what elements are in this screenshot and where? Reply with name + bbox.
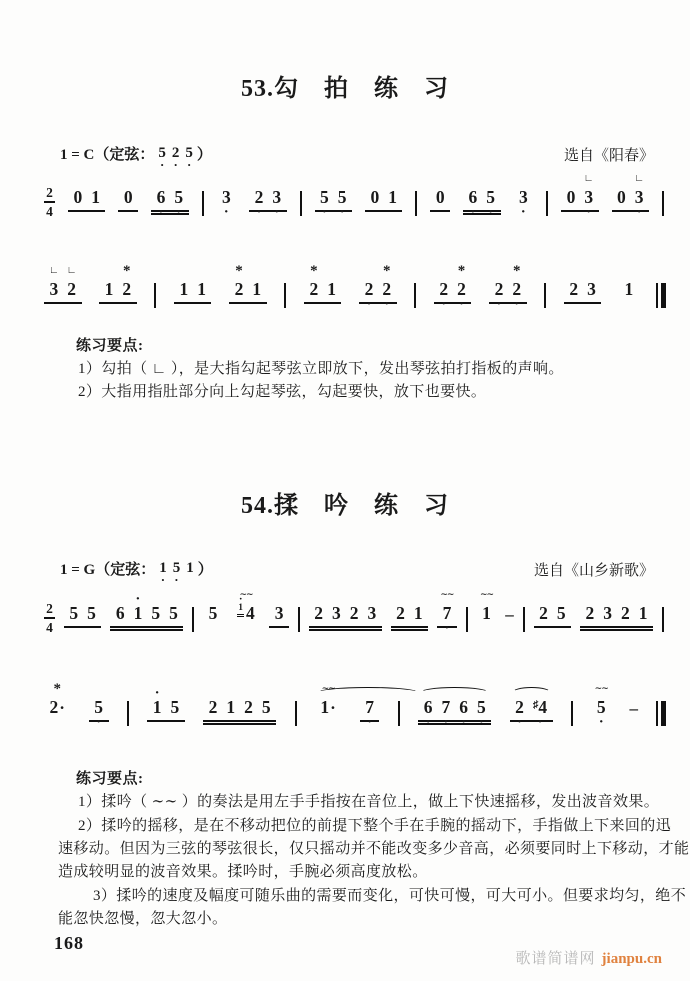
lower-octave-dot: · bbox=[517, 719, 522, 725]
note: 1 bbox=[87, 188, 105, 207]
note: 2 bbox=[392, 604, 410, 623]
note-digit: 2 bbox=[569, 279, 578, 299]
note: 2 bbox=[617, 604, 635, 623]
exercise53-title: 53.勾 拍 练 习 bbox=[0, 68, 690, 103]
note-group: 1·5·1 bbox=[155, 560, 198, 580]
note-group: 3· bbox=[513, 188, 533, 210]
note: 1· bbox=[156, 560, 170, 577]
note: 2 bbox=[310, 604, 328, 623]
note-group: 5·5· bbox=[315, 188, 353, 212]
wave-mark: ∼∼ bbox=[480, 590, 493, 599]
note: ♯4· bbox=[528, 698, 551, 717]
barline bbox=[523, 607, 525, 632]
note-group: 12* bbox=[99, 280, 137, 304]
note-digit: 1 bbox=[179, 279, 188, 299]
note: 5· bbox=[482, 188, 500, 207]
note: 2 bbox=[345, 604, 363, 623]
exercise54-tuning-notes: 1·5·1 bbox=[155, 560, 198, 580]
note-digit: 5 bbox=[209, 603, 218, 623]
note-digit: 2 bbox=[309, 279, 318, 299]
note: 5· bbox=[182, 145, 196, 162]
note: 5 bbox=[83, 604, 101, 623]
note-group: 11 bbox=[174, 280, 212, 304]
note: 1 bbox=[248, 280, 266, 299]
note: 3· bbox=[268, 188, 286, 207]
lower-octave-dot: · bbox=[322, 209, 327, 215]
note: 2 bbox=[204, 698, 222, 717]
note-group: 3∟2∟ bbox=[44, 280, 82, 304]
exercise54-point-line5: 3）揉吟的速度及幅度可随乐曲的需要而变化，可快可慢，可大可小。但要求均匀，绝不 bbox=[93, 884, 686, 905]
note-group: 5· bbox=[89, 698, 109, 722]
note-digit: 2 bbox=[539, 603, 548, 623]
note-group: 0 bbox=[118, 188, 138, 212]
note: 5 bbox=[147, 604, 165, 623]
note: 6· bbox=[455, 698, 473, 717]
note-group: 0 bbox=[430, 188, 450, 212]
time-signature-numerator: 2 bbox=[46, 186, 53, 200]
note-group: 03·∟ bbox=[561, 188, 599, 212]
duration-dash: – bbox=[505, 605, 514, 625]
note-digit: 1 bbox=[320, 697, 329, 717]
augmentation-dot: · bbox=[330, 698, 336, 717]
note-digit: 4 bbox=[246, 603, 255, 623]
exercise53-key-suffix: ） bbox=[197, 143, 212, 164]
final-barline-thin bbox=[656, 283, 658, 308]
exercise54-source: 选自《山乡新歌》 bbox=[534, 559, 654, 580]
lower-octave-dot: · bbox=[367, 719, 372, 725]
star-mark: * bbox=[53, 682, 61, 697]
lower-octave-dot: · bbox=[161, 577, 165, 583]
note: 2 bbox=[535, 604, 553, 623]
note-group: 01 bbox=[68, 188, 106, 212]
note: 2· bbox=[169, 145, 183, 162]
time-signature-denominator: 4 bbox=[46, 205, 53, 219]
note: 2· bbox=[435, 280, 453, 299]
note: 5 bbox=[204, 604, 222, 623]
lower-octave-dot: · bbox=[479, 719, 484, 725]
barline bbox=[662, 607, 664, 632]
exercise54-point-line2: 2）揉吟的摇移，是在不移动把位的前提下整个手在手腕的摇动下，手指做上下来回的迅 bbox=[78, 814, 671, 835]
note-digit: 5 bbox=[169, 603, 178, 623]
note: 3· bbox=[514, 188, 532, 207]
note: 2· bbox=[511, 698, 529, 717]
note: 2· bbox=[360, 280, 378, 299]
note-digit: 1 bbox=[226, 697, 235, 717]
wave-mark: ∼∼ bbox=[322, 684, 335, 693]
exercise54-point-line4: 造成较明显的波音效果。揉吟时，手腕必须高度放松。 bbox=[58, 860, 428, 881]
note-group: 7·∼∼ bbox=[437, 604, 457, 628]
lower-octave-dot: · bbox=[637, 209, 642, 215]
note-group: 2*1 bbox=[304, 280, 342, 304]
time-signature-line bbox=[44, 201, 55, 203]
barline bbox=[466, 607, 468, 632]
note-group: 2·♯4· bbox=[510, 698, 553, 722]
exercise53-source: 选自《阳春》 bbox=[564, 144, 654, 165]
note-group: 1·4∼∼ bbox=[232, 604, 261, 626]
note: 1 bbox=[183, 560, 197, 577]
duration-dash: – bbox=[629, 699, 638, 719]
note: 6· bbox=[419, 698, 437, 717]
lower-octave-dot: · bbox=[514, 301, 519, 307]
note: 7· bbox=[361, 698, 379, 717]
lower-octave-dot: · bbox=[443, 719, 448, 725]
note: 1 bbox=[323, 280, 341, 299]
note-digit: 2 bbox=[235, 279, 244, 299]
star-mark: * bbox=[458, 264, 466, 279]
lower-octave-dot: · bbox=[441, 301, 446, 307]
note: 3· bbox=[217, 188, 235, 207]
note-digit: 3 bbox=[50, 279, 59, 299]
note: 5· bbox=[472, 698, 490, 717]
exercise54-music-line2: 2·*5·1·521251·∼∼7·6·7·6·5·2·♯4·5·∼∼– bbox=[44, 682, 666, 744]
note-group: 1 bbox=[619, 280, 639, 302]
note-group: 6·5· bbox=[463, 188, 501, 215]
note-group: 2321 bbox=[580, 604, 653, 631]
note-digit: 1 bbox=[327, 279, 336, 299]
note-group: 3· bbox=[216, 188, 236, 210]
barline bbox=[398, 701, 400, 726]
hook-mark: ∟ bbox=[584, 174, 594, 184]
grace-note: 1· bbox=[237, 603, 244, 617]
star-mark: * bbox=[235, 264, 243, 279]
note-group: 2323 bbox=[309, 604, 382, 631]
note: 6· bbox=[464, 188, 482, 207]
lower-octave-dot: · bbox=[488, 209, 493, 215]
note: 2·* bbox=[508, 280, 526, 299]
note-group: 2·2·* bbox=[359, 280, 397, 304]
time-signature: 24 bbox=[44, 186, 55, 218]
note: 0 bbox=[613, 188, 631, 207]
exercise54-keyline: 1 = G（定弦： 1·5·1 ） bbox=[60, 558, 213, 579]
note: 5·∼∼ bbox=[592, 698, 610, 717]
note-group: 1·∼∼ bbox=[315, 698, 341, 721]
note: 5· bbox=[90, 698, 108, 717]
note-digit: 1 bbox=[186, 560, 194, 576]
lower-octave-dot: · bbox=[176, 209, 181, 215]
note-group: 01 bbox=[365, 188, 403, 212]
wave-mark: ∼∼ bbox=[440, 590, 453, 599]
exercise54-points-heading: 练习要点: bbox=[76, 767, 144, 788]
exercise54-point-line3: 速移动。但因为三弦的琴弦很长，仅只摇动并不能改变多少音高，必须要同时上下移动，才… bbox=[58, 837, 689, 858]
hook-mark: ∟ bbox=[49, 266, 59, 276]
note-group: 5·∼∼ bbox=[591, 698, 611, 720]
note: 1 bbox=[193, 280, 211, 299]
lower-octave-dot: · bbox=[537, 719, 542, 725]
note: 0 bbox=[69, 188, 87, 207]
lower-octave-dot: · bbox=[521, 209, 526, 215]
exercise53-point-2: 2）大指用指肚部分向上勾起琴弦，勾起要快，放下也要快。 bbox=[78, 380, 486, 401]
note-group: 6·5· bbox=[151, 188, 189, 215]
lower-octave-dot: · bbox=[496, 301, 501, 307]
note: 1 bbox=[384, 188, 402, 207]
exercise53-key-prefix: 1 = C（定弦： bbox=[60, 143, 154, 164]
note: 3·∟ bbox=[630, 188, 648, 207]
note-digit: 5 bbox=[171, 697, 180, 717]
note-digit: 6 bbox=[116, 603, 125, 623]
note: 1 bbox=[222, 698, 240, 717]
note-group: 23 bbox=[564, 280, 602, 304]
note-group: 5 bbox=[203, 604, 223, 626]
exercise53-tuning-notes: 5·2·5· bbox=[154, 145, 197, 165]
time-signature: 24 bbox=[44, 602, 55, 634]
star-mark: * bbox=[383, 264, 391, 279]
note-group: 2*1 bbox=[229, 280, 267, 304]
note-digit: 1 bbox=[388, 187, 397, 207]
note: 2·* bbox=[453, 280, 471, 299]
note-digit: 0 bbox=[73, 187, 82, 207]
note-digit: 2 bbox=[67, 279, 76, 299]
note: 2· bbox=[490, 280, 508, 299]
lower-octave-dot: · bbox=[187, 162, 191, 168]
hook-mark: ∟ bbox=[634, 174, 644, 184]
note-group: 2·2·* bbox=[434, 280, 472, 304]
note: 3 bbox=[363, 604, 381, 623]
note-group: 55 bbox=[64, 604, 102, 628]
note-digit: 1 bbox=[197, 279, 206, 299]
barline bbox=[546, 191, 548, 216]
note-group: 21 bbox=[391, 604, 429, 631]
note: 3 bbox=[583, 280, 601, 299]
lower-octave-dot: · bbox=[158, 209, 163, 215]
lower-octave-dot: · bbox=[586, 209, 591, 215]
upper-octave-dot: · bbox=[135, 596, 140, 602]
note-digit: 3 bbox=[603, 603, 612, 623]
exercise53-point-1: 1）勾拍（ ∟ ），是大指勾起琴弦立即放下，发出琴弦拍打指板的声响。 bbox=[78, 357, 564, 378]
barline bbox=[154, 283, 156, 308]
note: 3 bbox=[599, 604, 617, 623]
note: 6 bbox=[111, 604, 129, 623]
lower-octave-dot: · bbox=[96, 719, 101, 725]
note-digit: 2 bbox=[396, 603, 405, 623]
note: 5 bbox=[552, 604, 570, 623]
final-barline bbox=[656, 701, 666, 726]
note-group: 2·* bbox=[44, 698, 70, 721]
note: 5· bbox=[170, 560, 184, 577]
note-digit: 3 bbox=[275, 603, 284, 623]
note: 5· bbox=[155, 145, 169, 162]
note: 5· bbox=[316, 188, 334, 207]
note: 1 bbox=[100, 280, 118, 299]
note-digit: 1 bbox=[414, 603, 423, 623]
note: 5 bbox=[165, 604, 183, 623]
note: 3 bbox=[328, 604, 346, 623]
barline bbox=[192, 607, 194, 632]
lower-octave-dot: · bbox=[366, 301, 371, 307]
barline bbox=[202, 191, 204, 216]
barline bbox=[544, 283, 546, 308]
note-digit: 3 bbox=[332, 603, 341, 623]
note: 2* bbox=[230, 280, 248, 299]
note: 3∟ bbox=[45, 280, 63, 299]
note-digit: 1 bbox=[91, 187, 100, 207]
upper-octave-dot: · bbox=[155, 690, 160, 696]
exercise54-point-line6: 能忽快忽慢，忽大忽小。 bbox=[58, 907, 227, 928]
note-digit: 1 bbox=[639, 603, 648, 623]
note: 6· bbox=[152, 188, 170, 207]
time-signature-line bbox=[44, 617, 55, 619]
augmentation-dot: · bbox=[59, 698, 65, 717]
lower-octave-dot: · bbox=[470, 209, 475, 215]
note-digit: 3 bbox=[368, 603, 377, 623]
note-digit: 2 bbox=[50, 697, 59, 717]
note: 0 bbox=[119, 188, 137, 207]
exercise53-music-line1: 240106·5·3·2·3·5·5·0106·5·3·03·∟03·∟ bbox=[44, 172, 664, 234]
lower-octave-dot: · bbox=[174, 577, 178, 583]
exercise53-music-line2: 3∟2∟12*112*12*12·2·*2·2·*2·2·*231 bbox=[44, 264, 666, 326]
note-digit: 2 bbox=[314, 603, 323, 623]
note-digit: 1 bbox=[105, 279, 114, 299]
exercise53-keyline: 1 = C（定弦： 5·2·5· ） bbox=[60, 143, 212, 164]
note-digit: 5 bbox=[262, 697, 271, 717]
note: 3·∟ bbox=[580, 188, 598, 207]
note: 2 bbox=[565, 280, 583, 299]
note: 7· bbox=[437, 698, 455, 717]
watermark-domain: jianpu.cn bbox=[602, 951, 662, 967]
star-mark: * bbox=[513, 264, 521, 279]
note-digit: 0 bbox=[370, 187, 379, 207]
note-group: 61·55 bbox=[110, 604, 183, 631]
note: 1 bbox=[175, 280, 193, 299]
barline bbox=[300, 191, 302, 216]
note-digit: 0 bbox=[567, 187, 576, 207]
wave-mark: ∼∼ bbox=[239, 590, 252, 599]
note-digit: 5 bbox=[69, 603, 78, 623]
final-barline-thick bbox=[661, 701, 666, 726]
note: 1 bbox=[620, 280, 638, 299]
note: 0 bbox=[562, 188, 580, 207]
watermark: 歌谱简谱网jianpu.cn bbox=[516, 947, 662, 968]
time-signature-denominator: 4 bbox=[46, 621, 53, 635]
lower-octave-dot: · bbox=[459, 301, 464, 307]
note-group: 2·2·* bbox=[489, 280, 527, 304]
lower-octave-dot: · bbox=[224, 209, 229, 215]
note: 5· bbox=[333, 188, 351, 207]
note-digit: 0 bbox=[436, 187, 445, 207]
note: 1 bbox=[409, 604, 427, 623]
exercise54-title: 54.揉 吟 练 习 bbox=[0, 485, 690, 520]
note: 5 bbox=[257, 698, 275, 717]
lower-octave-dot: · bbox=[274, 209, 279, 215]
lower-octave-dot: · bbox=[256, 209, 261, 215]
note: 2·* bbox=[378, 280, 396, 299]
lower-octave-dot: · bbox=[444, 625, 449, 631]
note-group: 5·2·5· bbox=[154, 145, 197, 165]
note-group: 2·3· bbox=[249, 188, 287, 212]
note: 3 bbox=[270, 604, 288, 623]
star-mark: * bbox=[310, 264, 318, 279]
note-digit: 5 bbox=[87, 603, 96, 623]
exercise54-music-line1: 245561·5551·4∼∼32323217·∼∼1∼∼–252321 bbox=[44, 588, 664, 650]
note: 1 bbox=[634, 604, 652, 623]
note-digit: 2 bbox=[586, 603, 595, 623]
barline bbox=[662, 191, 664, 216]
barline bbox=[127, 701, 129, 726]
note-digit: 0 bbox=[124, 187, 133, 207]
lower-octave-dot: · bbox=[173, 162, 177, 168]
note: 0 bbox=[366, 188, 384, 207]
note-digit: 0 bbox=[617, 187, 626, 207]
lower-octave-dot: · bbox=[384, 301, 389, 307]
note-digit: 2 bbox=[621, 603, 630, 623]
note-group: 2125 bbox=[203, 698, 276, 725]
note-digit: 2 bbox=[244, 697, 253, 717]
note-group: 1·5 bbox=[147, 698, 185, 722]
score-page: 53.勾 拍 练 习 1 = C（定弦： 5·2·5· ） 选自《阳春》 240… bbox=[0, 0, 690, 981]
watermark-site: 歌谱简谱网 bbox=[516, 951, 596, 967]
lower-octave-dot: · bbox=[340, 209, 345, 215]
note-group: 3 bbox=[269, 604, 289, 628]
lower-octave-dot: · bbox=[160, 162, 164, 168]
note-digit: 1 bbox=[252, 279, 261, 299]
lower-octave-dot: · bbox=[426, 719, 431, 725]
barline bbox=[295, 701, 297, 726]
note: 5· bbox=[170, 188, 188, 207]
note-group: 1∼∼ bbox=[477, 604, 497, 626]
lower-octave-dot: · bbox=[599, 719, 604, 725]
note-group: 6·7·6·5· bbox=[418, 698, 491, 725]
final-barline-thin bbox=[656, 701, 658, 726]
note: 5 bbox=[166, 698, 184, 717]
note-group: 03·∟ bbox=[612, 188, 650, 212]
exercise54-key-prefix: 1 = G（定弦： bbox=[60, 558, 155, 579]
exercise54-key-suffix: ） bbox=[198, 558, 213, 579]
star-mark: * bbox=[123, 264, 131, 279]
lower-octave-dot: · bbox=[461, 719, 466, 725]
note: 0 bbox=[431, 188, 449, 207]
note: 2· bbox=[250, 188, 268, 207]
wave-mark: ∼∼ bbox=[595, 684, 608, 693]
note: 2* bbox=[118, 280, 136, 299]
note-group: 25 bbox=[534, 604, 572, 628]
note: 5 bbox=[65, 604, 83, 623]
barline bbox=[414, 283, 416, 308]
note: 1∼∼ bbox=[478, 604, 496, 623]
note: 2·* bbox=[45, 698, 69, 718]
note: 1· bbox=[129, 604, 147, 623]
note-digit: 2 bbox=[209, 697, 218, 717]
sharp-sign: ♯ bbox=[533, 699, 539, 711]
final-barline bbox=[656, 283, 666, 308]
barline bbox=[284, 283, 286, 308]
hook-mark: ∟ bbox=[67, 266, 77, 276]
note: 1· bbox=[148, 698, 166, 717]
barline bbox=[571, 701, 573, 726]
time-signature-numerator: 2 bbox=[46, 602, 53, 616]
note-digit: 2 bbox=[122, 279, 131, 299]
barline bbox=[415, 191, 417, 216]
note-digit: 5 bbox=[557, 603, 566, 623]
note-digit: 1 bbox=[625, 279, 634, 299]
note-group: 7· bbox=[360, 698, 380, 722]
note-digit: 2 bbox=[350, 603, 359, 623]
exercise54-point-line1: 1）揉吟（ ∼∼ ）的奏法是用左手手指按在音位上，做上下快速摇移，发出波音效果。 bbox=[78, 790, 659, 811]
barline bbox=[298, 607, 300, 632]
note: 2 bbox=[581, 604, 599, 623]
note-digit: 3 bbox=[587, 279, 596, 299]
note: 1·4∼∼ bbox=[233, 604, 260, 623]
note: 2 bbox=[240, 698, 258, 717]
note-digit: 1 bbox=[482, 603, 491, 623]
note: 7·∼∼ bbox=[438, 604, 456, 623]
note: 2* bbox=[305, 280, 323, 299]
page-number: 168 bbox=[54, 933, 84, 954]
note: 1·∼∼ bbox=[316, 698, 340, 718]
exercise53-points-heading: 练习要点: bbox=[76, 334, 144, 355]
note: 2∟ bbox=[63, 280, 81, 299]
note-digit: 5 bbox=[151, 603, 160, 623]
final-barline-thick bbox=[661, 283, 666, 308]
